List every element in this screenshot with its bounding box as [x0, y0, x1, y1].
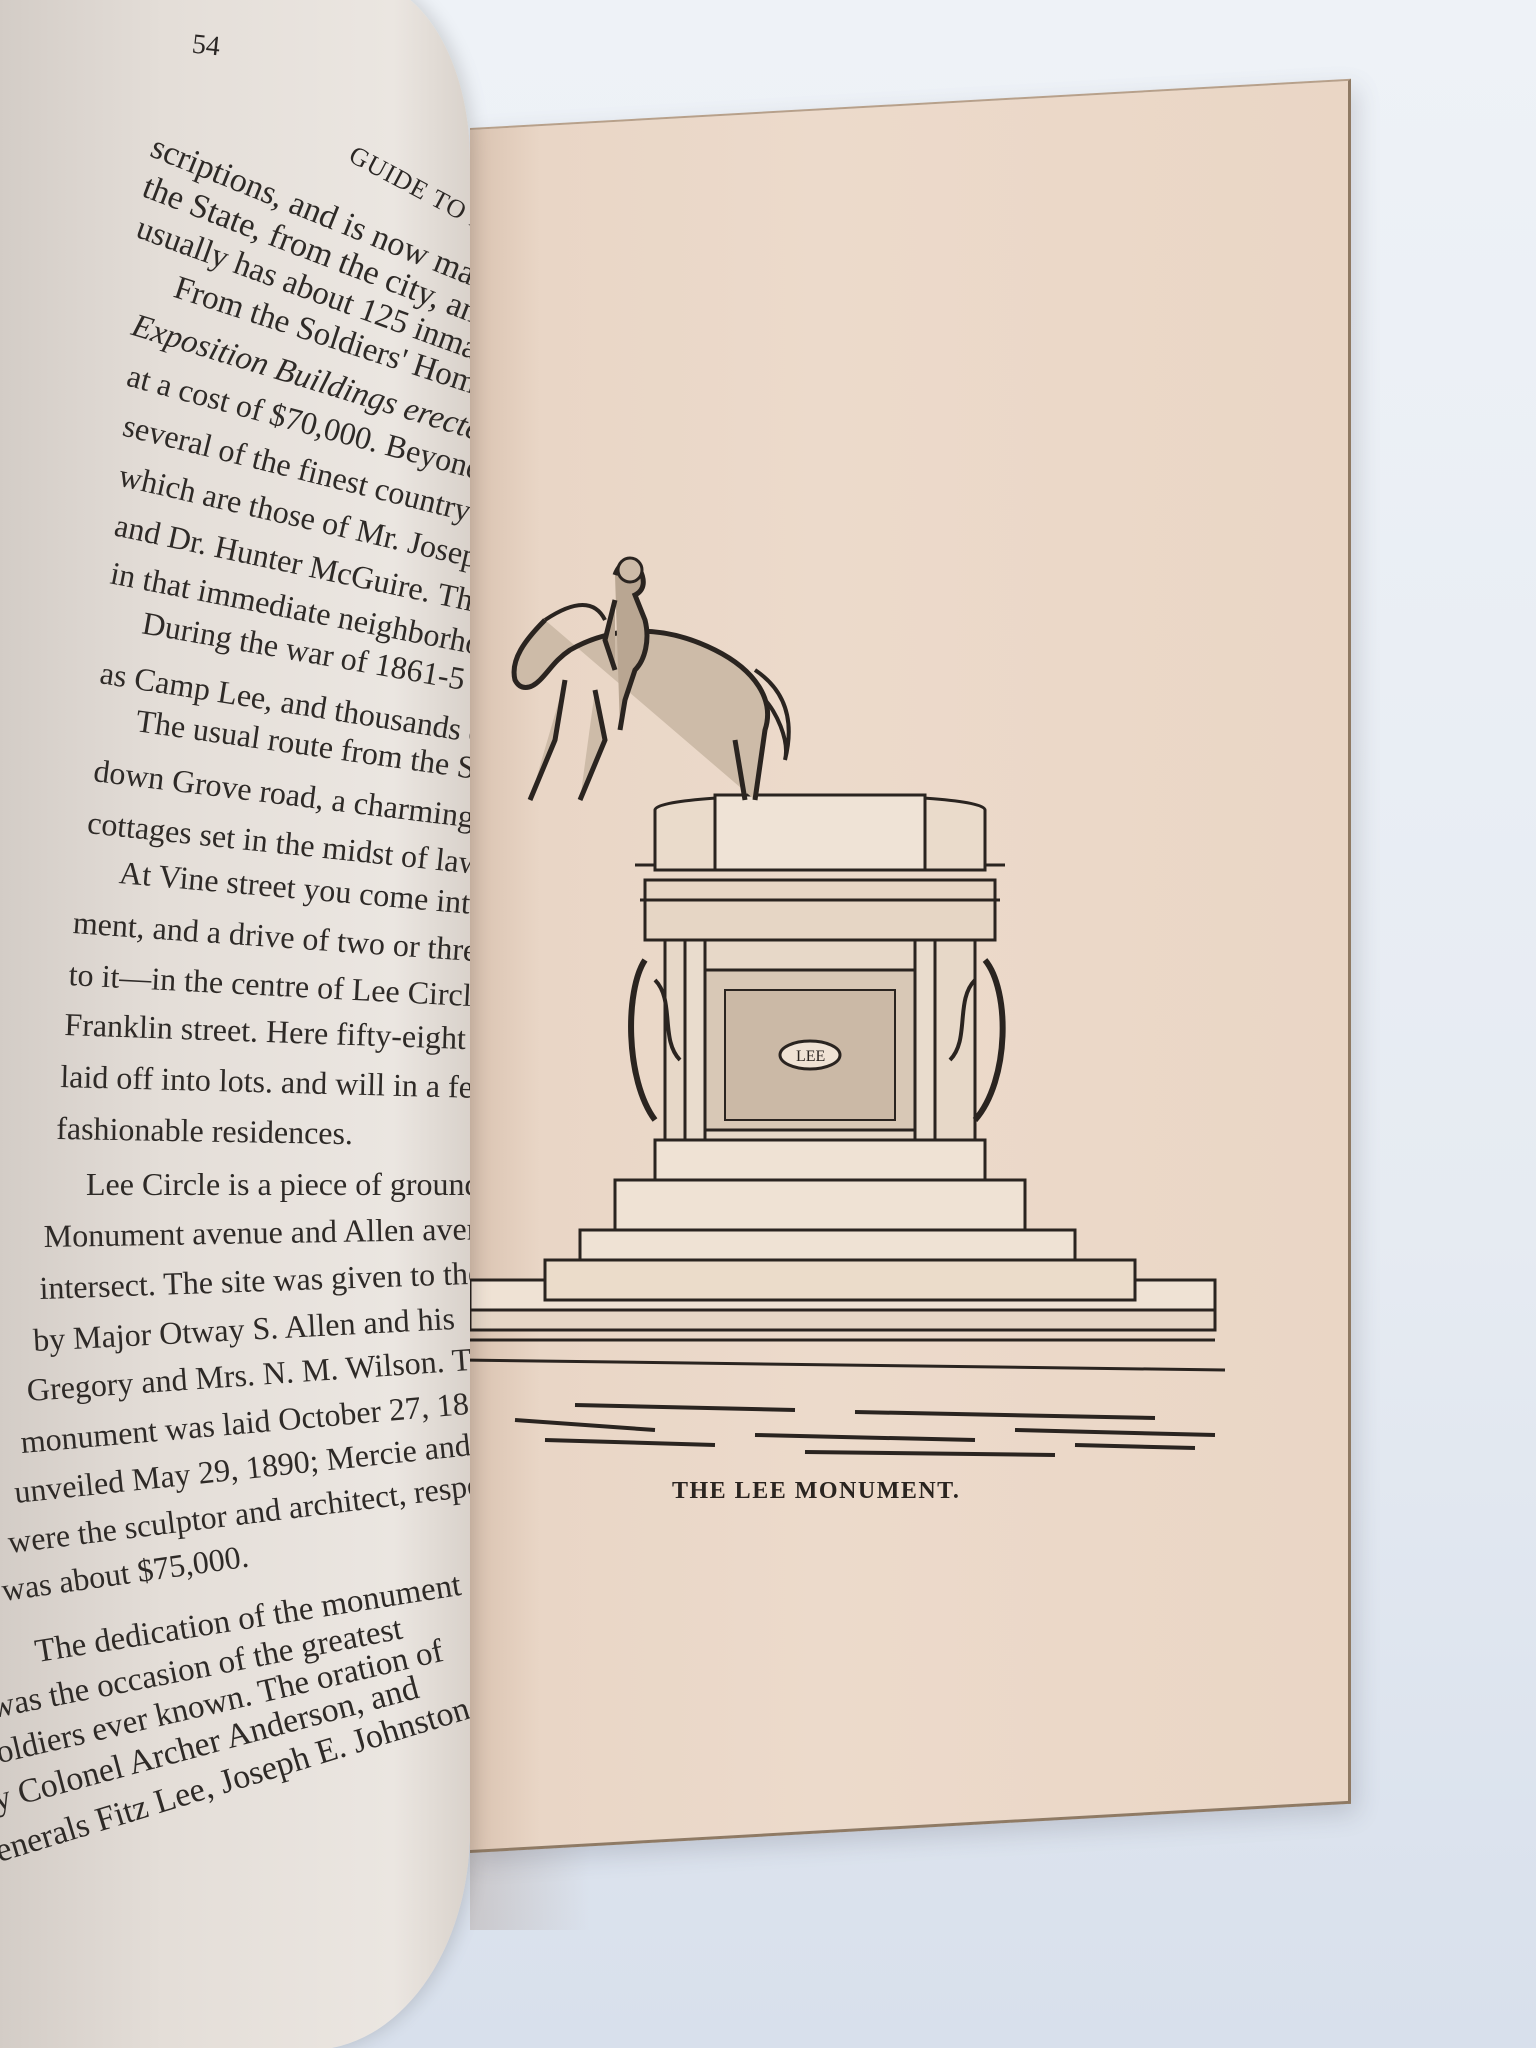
text-line: to it—in the centre of Lee Circle—	[68, 958, 470, 1013]
svg-text:LEE: LEE	[796, 1048, 825, 1065]
illustration-caption: THE LEE MONUMENT.	[672, 1478, 960, 1505]
left-page: 54 GUIDE TO RICHMOND scriptions, and is …	[0, 0, 470, 2048]
text-line: Lee Circle is a piece of ground 200	[86, 1168, 470, 1200]
text-line: Monument avenue and Allen avenue	[43, 1212, 470, 1252]
page-number: 54	[190, 29, 221, 64]
text-line: intersect. The site was given to the	[39, 1257, 470, 1304]
text-line: Franklin street. Here fifty-eight	[64, 1008, 467, 1054]
lee-monument-engraving: LEE	[455, 540, 1235, 1470]
text-line: laid off into lots. and will in a few	[60, 1060, 470, 1103]
text-line: fashionable residences.	[56, 1112, 353, 1149]
ground-hatching-icon	[515, 1405, 1215, 1455]
